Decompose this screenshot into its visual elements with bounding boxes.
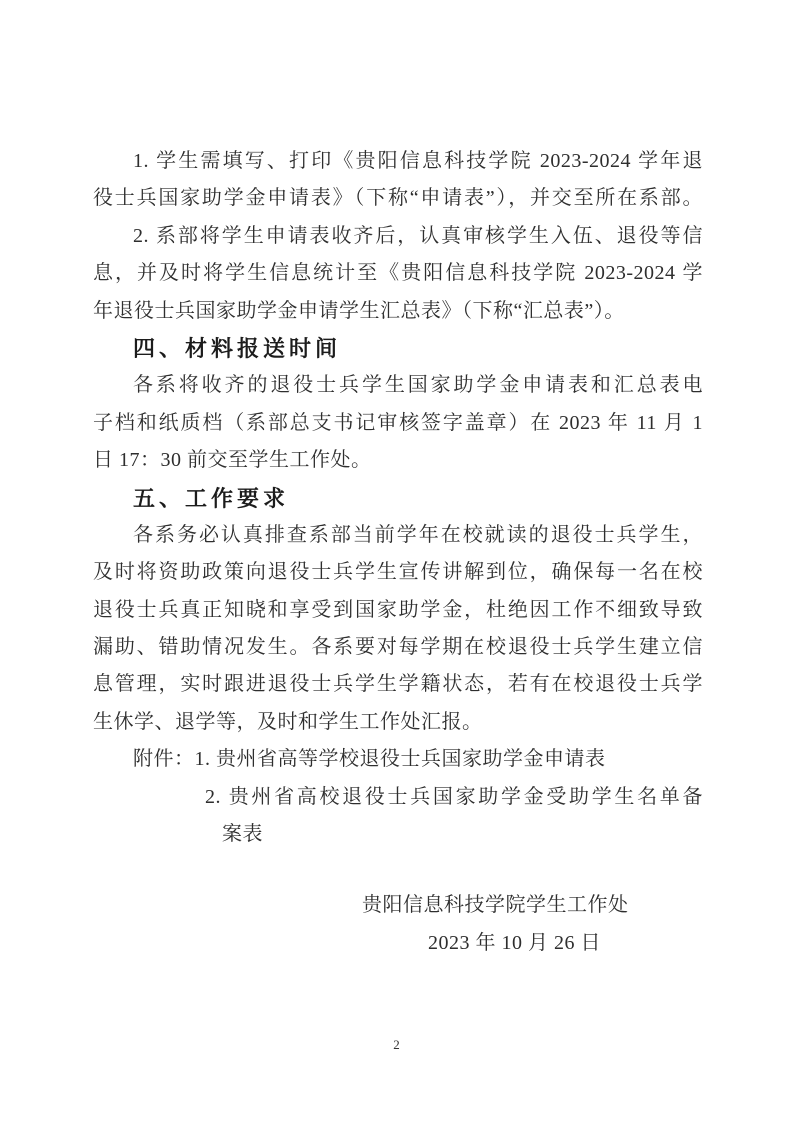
signature-date: 2023 年 10 月 26 日 (93, 925, 703, 962)
body-line: 退役士兵真正知晓和享受到国家助学金，杜绝因工作不细致导致 (93, 592, 703, 629)
body-line: 日 17：30 前交至学生工作处。 (93, 442, 703, 479)
document-page: 1. 学生需填写、打印《贵阳信息科技学院 2023-2024 学年退 役士兵国家… (0, 0, 793, 1122)
body-line: 息，并及时将学生信息统计至《贵阳信息科技学院 2023-2024 学 (93, 255, 703, 292)
body-line: 各系将收齐的退役士兵学生国家助学金申请表和汇总表电 (93, 367, 703, 404)
section-5-heading: 五、工作要求 (93, 480, 703, 517)
document-body: 1. 学生需填写、打印《贵阳信息科技学院 2023-2024 学年退 役士兵国家… (93, 143, 703, 962)
section-4-heading: 四、材料报送时间 (93, 330, 703, 367)
body-line: 漏助、错助情况发生。各系要对每学期在校退役士兵学生建立信 (93, 629, 703, 666)
body-line: 1. 学生需填写、打印《贵阳信息科技学院 2023-2024 学年退 (93, 143, 703, 180)
body-line: 年退役士兵国家助学金申请学生汇总表》（下称“汇总表”）。 (93, 293, 703, 330)
attachments-line: 案表 (93, 816, 703, 853)
body-line: 2. 系部将学生申请表收齐后，认真审核学生入伍、退役等信 (93, 218, 703, 255)
body-line: 息管理，实时跟进退役士兵学生学籍状态，若有在校退役士兵学 (93, 666, 703, 703)
body-line: 各系务必认真排查系部当前学年在校就读的退役士兵学生， (93, 517, 703, 554)
body-line: 子档和纸质档（系部总支书记审核签字盖章）在 2023 年 11 月 1 (93, 405, 703, 442)
body-line: 及时将资助政策向退役士兵学生宣传讲解到位，确保每一名在校 (93, 554, 703, 591)
signature-org: 贵阳信息科技学院学生工作处 (93, 887, 703, 924)
attachments-line: 2. 贵州省高校退役士兵国家助学金受助学生名单备 (93, 779, 703, 816)
attachments-line: 附件：1. 贵州省高等学校退役士兵国家助学金申请表 (93, 741, 703, 778)
page-number: 2 (0, 1036, 793, 1054)
body-line: 生休学、退学等，及时和学生工作处汇报。 (93, 704, 703, 741)
body-line: 役士兵国家助学金申请表》（下称“申请表”），并交至所在系部。 (93, 180, 703, 217)
